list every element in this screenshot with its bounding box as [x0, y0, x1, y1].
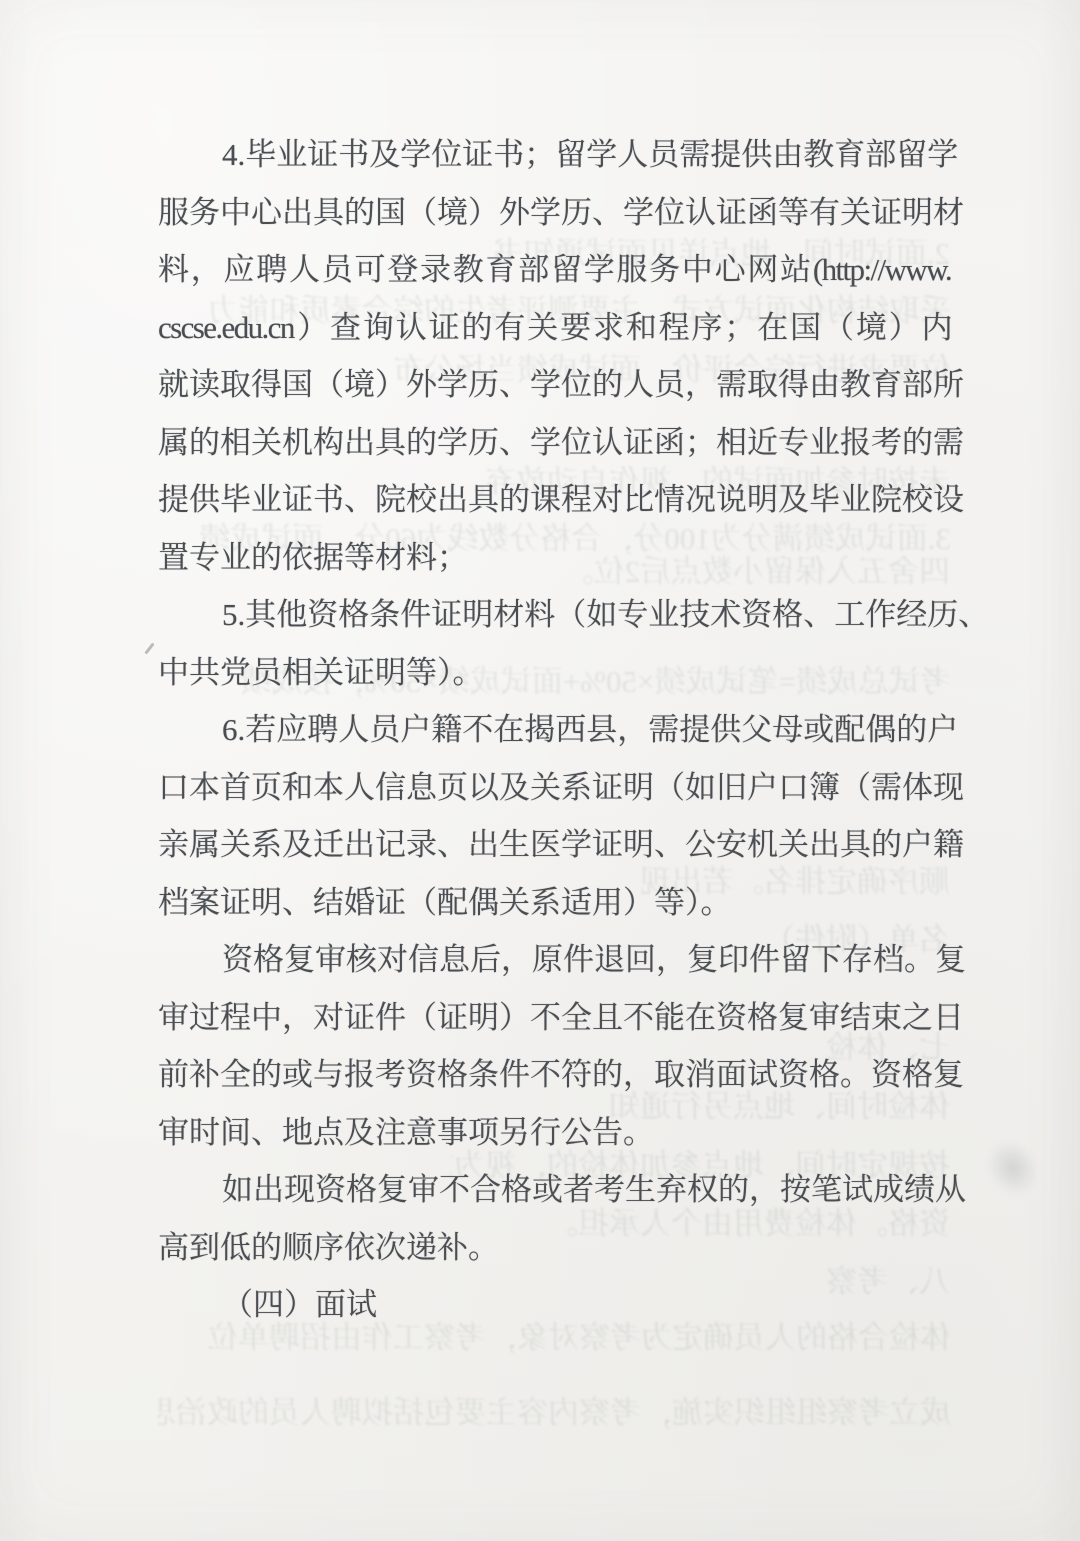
- text-line: 口本首页和本人信息页以及关系证明（如旧户口簿（需体现: [158, 759, 951, 817]
- text-line: 审过程中，对证件（证明）不全且不能在资格复审结束之日: [158, 989, 951, 1047]
- text-line: 5.其他资格条件证明材料（如专业技术资格、工作经历、: [158, 586, 951, 644]
- bleedthrough-line: 成立考察组组织实施，考察内容主要包括拟聘人员的政治思: [158, 1393, 951, 1433]
- text-line: 6.若应聘人员户籍不在揭西县，需提供父母或配偶的户: [158, 701, 951, 759]
- document-body: 4.毕业证书及学位证书；留学人员需提供由教育部留学 服务中心出具的国（境）外学历…: [158, 126, 951, 1334]
- text-line: 前补全的或与报考资格条件不符的，取消面试资格。资格复: [158, 1046, 951, 1104]
- text-line: 料，应聘人员可登录教育部留学服务中心网站(http://www.: [158, 241, 951, 299]
- text-line: 置专业的依据等材料；: [158, 529, 951, 587]
- text-line: 就读取得国（境）外学历、学位的人员，需取得由教育部所: [158, 356, 951, 414]
- text-line: 高到低的顺序依次递补。: [158, 1219, 951, 1277]
- text-line: 中共党员相关证明等）。: [158, 644, 951, 702]
- text-line: 亲属关系及迁出记录、出生医学证明、公安机关出具的户籍: [158, 816, 951, 874]
- scanned-document-page: 2.面试时间、地点详见面试通知书 采取结构化面试方式，主要测评考生的综合素质和能…: [0, 0, 1080, 1541]
- text-line: 档案证明、结婚证（配偶关系适用）等）。: [158, 874, 951, 932]
- smudge-mark: [975, 1129, 1050, 1207]
- text-line: cscse.edu.cn）查询认证的有关要求和程序；在国（境）内: [158, 299, 951, 357]
- section-heading-interview: （四）面试: [158, 1276, 951, 1334]
- stray-mark: [144, 642, 154, 654]
- text-line: 提供毕业证书、院校出具的课程对比情况说明及毕业院校设: [158, 471, 951, 529]
- text-line: 4.毕业证书及学位证书；留学人员需提供由教育部留学: [158, 126, 951, 184]
- text-line: 属的相关机构出具的学历、学位认证函；相近专业报考的需: [158, 414, 951, 472]
- text-line: 服务中心出具的国（境）外学历、学位认证函等有关证明材: [158, 184, 951, 242]
- text-line: 审时间、地点及注意事项另行公告。: [158, 1104, 951, 1162]
- text-line: 如出现资格复审不合格或者考生弃权的，按笔试成绩从: [158, 1161, 951, 1219]
- text-line: 资格复审核对信息后，原件退回，复印件留下存档。复: [158, 931, 951, 989]
